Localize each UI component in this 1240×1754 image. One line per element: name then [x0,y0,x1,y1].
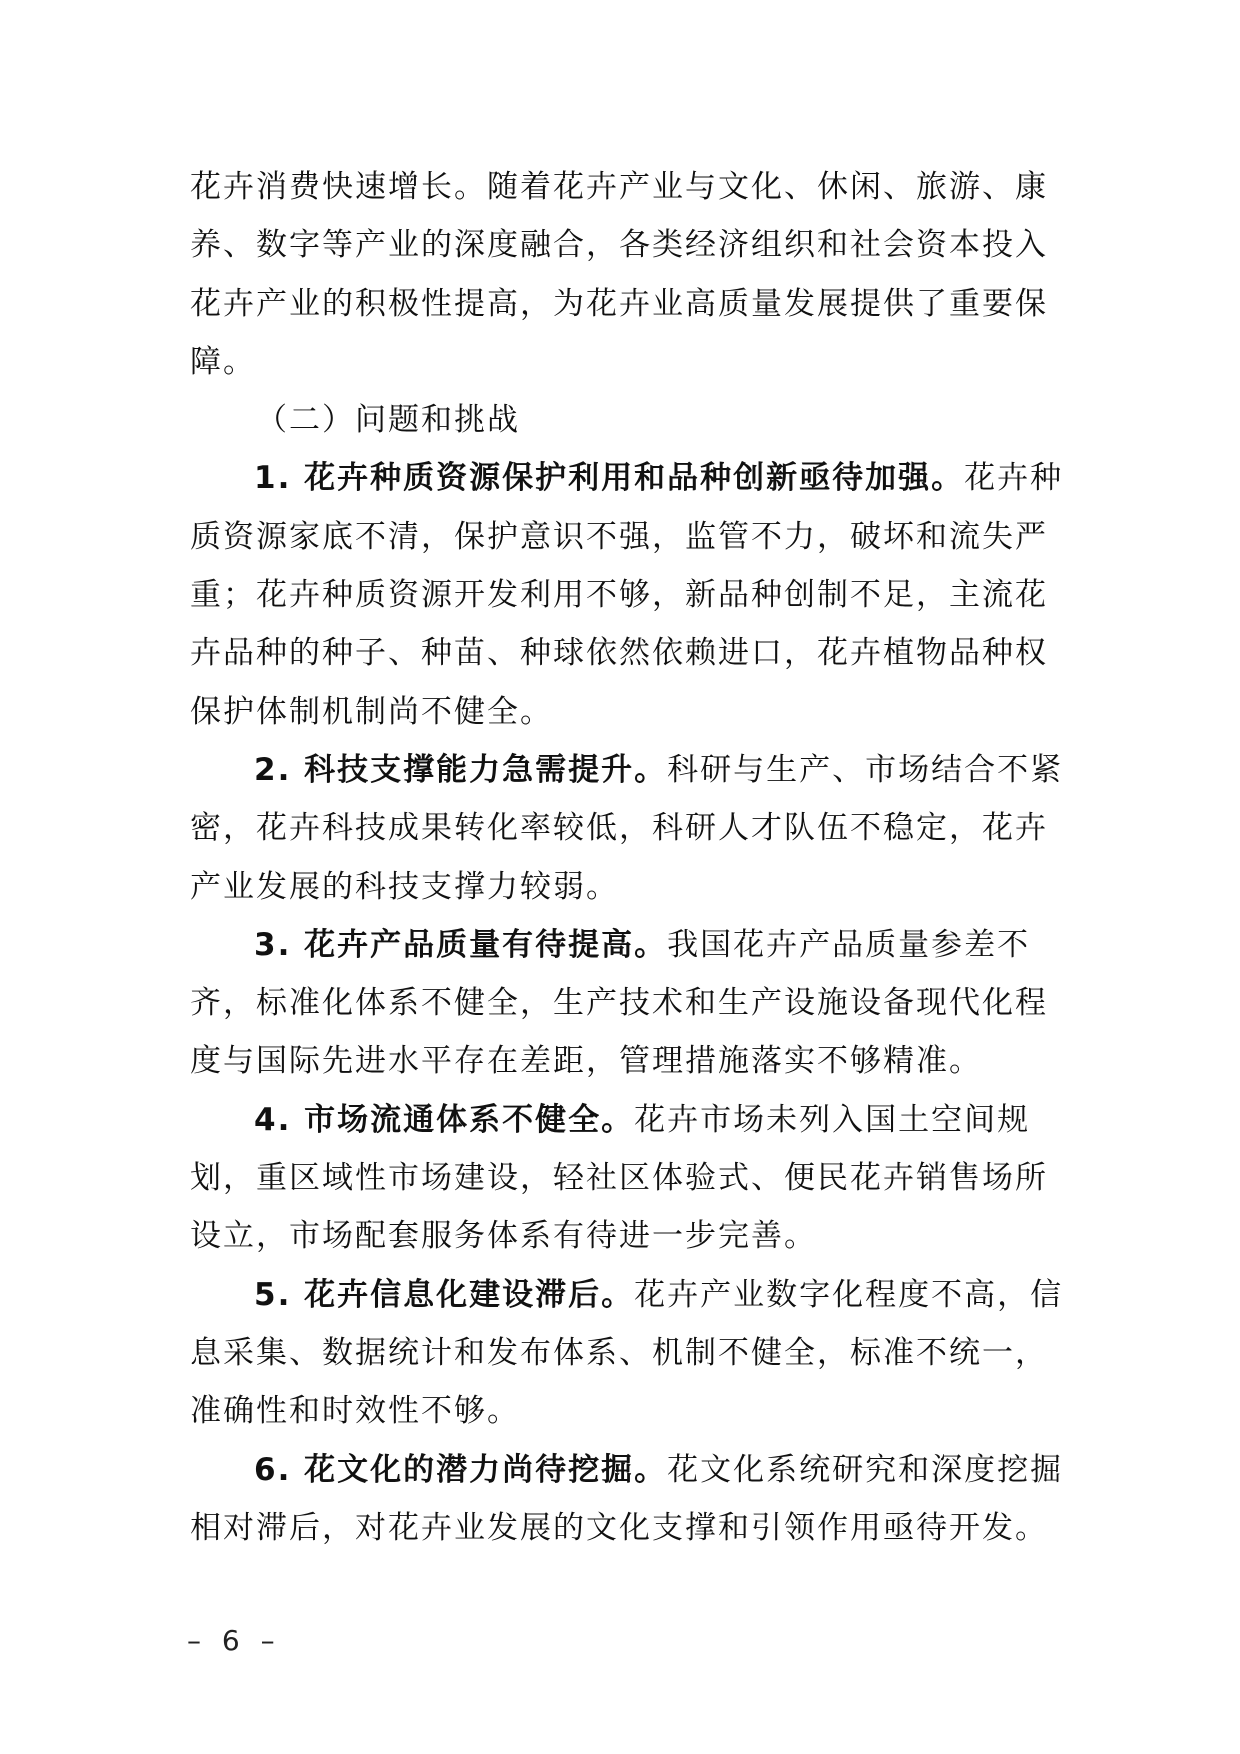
paragraph-line: 质资源家底不清，保护意识不强，监管不力，破坏和流失严 [190,508,1060,566]
line-text: 花卉产业的积极性提高，为花卉业高质量发展提供了重要保 [190,275,1048,333]
body-text: 花卉消费快速增长。随着花卉产业与文化、休闲、旅游、康 养、数字等产业的深度融合，… [190,158,1060,1557]
section-heading-text: （二）问题和挑战 [256,391,520,449]
paragraph-line: 产业发展的科技支撑力较弱。 [190,858,1060,916]
line-text: 息采集、数据统计和发布体系、机制不健全，标准不统一， [190,1324,1048,1382]
line-text: 准确性和时效性不够。 [190,1382,520,1440]
paragraph-line: 养、数字等产业的深度融合，各类经济组织和社会资本投入 [190,216,1060,274]
paragraph-line: 花卉消费快速增长。随着花卉产业与文化、休闲、旅游、康 [190,158,1060,216]
item-heading-line: 4. 市场流通体系不健全。花卉市场未列入国土空间规 [190,1091,1060,1149]
paragraph-line: 花卉产业的积极性提高，为花卉业高质量发展提供了重要保 [190,275,1060,333]
page-number: – 6 – [187,1624,281,1657]
line-text: 保护体制机制尚不健全。 [190,683,553,741]
line-text: 我国花卉产品质量参差不 [667,927,1030,963]
line-text: 障。 [190,333,256,391]
line-text: 卉品种的种子、种苗、种球依然依赖进口，花卉植物品种权 [190,624,1048,682]
line-text: 密，花卉科技成果转化率较低，科研人才队伍不稳定，花卉 [190,799,1048,857]
paragraph-line: 卉品种的种子、种苗、种球依然依赖进口，花卉植物品种权 [190,624,1060,682]
line-text: 科研与生产、市场结合不紧 [667,752,1063,788]
item-title: 6. 花文化的潜力尚待挖掘。 [254,1452,667,1488]
item-title: 3. 花卉产品质量有待提高。 [254,927,667,963]
line-text: 花卉消费快速增长。随着花卉产业与文化、休闲、旅游、康 [190,158,1048,216]
paragraph-line: 障。 [190,333,1060,391]
line-text: 花卉产业数字化程度不高，信 [634,1277,1063,1313]
item-title: 1. 花卉种质资源保护利用和品种创新亟待加强。 [254,460,964,496]
item-heading-line: 2. 科技支撑能力急需提升。科研与生产、市场结合不紧 [190,741,1060,799]
line-text: 相对滞后，对花卉业发展的文化支撑和引领作用亟待开发。 [190,1499,1048,1557]
paragraph-line: 度与国际先进水平存在差距，管理措施落实不够精准。 [190,1032,1060,1090]
line-text: 重；花卉种质资源开发利用不够，新品种创制不足，主流花 [190,566,1048,624]
item-title: 2. 科技支撑能力急需提升。 [254,752,667,788]
line-text: 养、数字等产业的深度融合，各类经济组织和社会资本投入 [190,216,1048,274]
line-text: 质资源家底不清，保护意识不强，监管不力，破坏和流失严 [190,508,1048,566]
line-text: 花文化系统研究和深度挖掘 [667,1452,1063,1488]
paragraph-line: 相对滞后，对花卉业发展的文化支撑和引领作用亟待开发。 [190,1499,1060,1557]
paragraph-line: 设立，市场配套服务体系有待进一步完善。 [190,1207,1060,1265]
paragraph-line: 息采集、数据统计和发布体系、机制不健全，标准不统一， [190,1324,1060,1382]
item-heading-line: 6. 花文化的潜力尚待挖掘。花文化系统研究和深度挖掘 [190,1441,1060,1499]
line-text: 度与国际先进水平存在差距，管理措施落实不够精准。 [190,1032,982,1090]
paragraph-line: 准确性和时效性不够。 [190,1382,1060,1440]
item-title: 4. 市场流通体系不健全。 [254,1102,634,1138]
line-text: 划，重区域性市场建设，轻社区体验式、便民花卉销售场所 [190,1149,1048,1207]
section-heading: （二）问题和挑战 [190,391,1060,449]
item-heading-line: 1. 花卉种质资源保护利用和品种创新亟待加强。花卉种 [190,449,1060,507]
line-text: 花卉市场未列入国土空间规 [634,1102,1030,1138]
line-text: 齐，标准化体系不健全，生产技术和生产设施设备现代化程 [190,974,1048,1032]
item-heading-line: 5. 花卉信息化建设滞后。花卉产业数字化程度不高，信 [190,1266,1060,1324]
line-text: 设立，市场配套服务体系有待进一步完善。 [190,1207,817,1265]
line-text: 花卉种 [964,460,1063,496]
paragraph-line: 齐，标准化体系不健全，生产技术和生产设施设备现代化程 [190,974,1060,1032]
item-title: 5. 花卉信息化建设滞后。 [254,1277,634,1313]
document-page: 花卉消费快速增长。随着花卉产业与文化、休闲、旅游、康 养、数字等产业的深度融合，… [0,0,1240,1754]
line-text: 产业发展的科技支撑力较弱。 [190,858,619,916]
paragraph-line: 密，花卉科技成果转化率较低，科研人才队伍不稳定，花卉 [190,799,1060,857]
paragraph-line: 重；花卉种质资源开发利用不够，新品种创制不足，主流花 [190,566,1060,624]
item-heading-line: 3. 花卉产品质量有待提高。我国花卉产品质量参差不 [190,916,1060,974]
paragraph-line: 保护体制机制尚不健全。 [190,683,1060,741]
paragraph-line: 划，重区域性市场建设，轻社区体验式、便民花卉销售场所 [190,1149,1060,1207]
